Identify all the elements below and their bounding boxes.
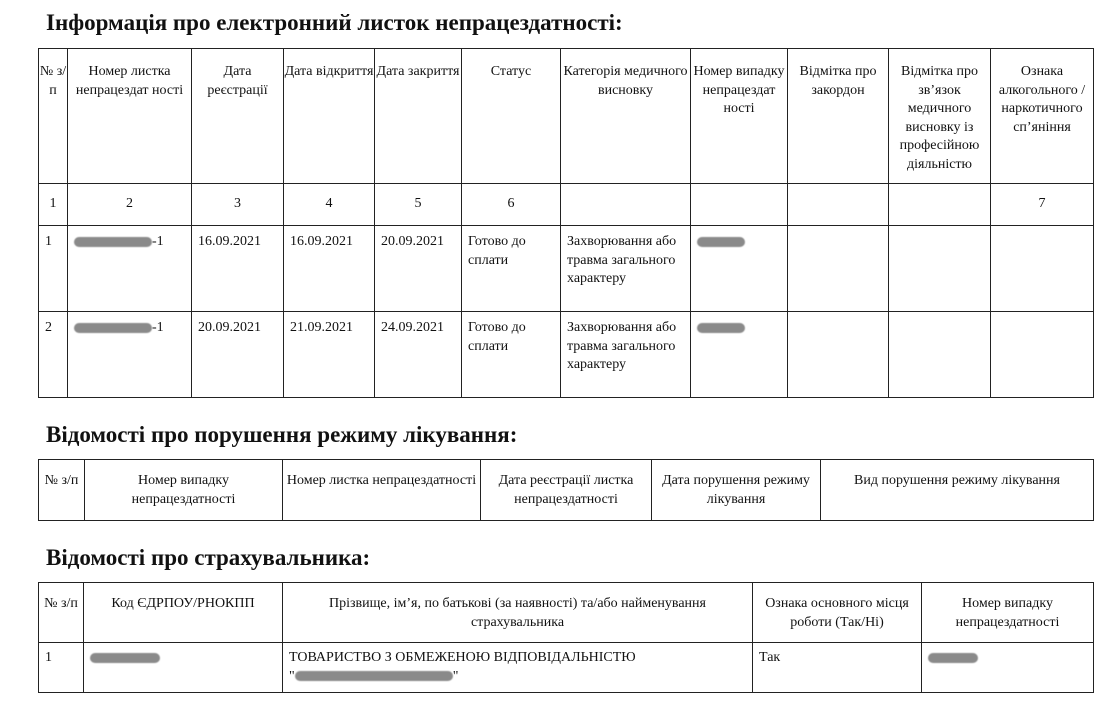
col-header-professional-link: Відмітка про зв’язок медичного висновку …: [889, 49, 991, 184]
col-header-abroad: Відмітка про закордон: [788, 49, 889, 184]
open-date: 21.09.2021: [284, 312, 375, 398]
col-header-case-number: Номер випадку непрацездат ності: [691, 49, 788, 184]
column-number: 1: [39, 184, 68, 226]
row-index: 1: [39, 643, 84, 693]
insurer-code: [84, 643, 283, 693]
col-header-status: Статус: [462, 49, 561, 184]
column-number: 7: [991, 184, 1094, 226]
redacted-case-number: [697, 323, 745, 333]
col-header-open-date: Дата відкриття: [284, 49, 375, 184]
col-header-close-date: Дата закриття: [375, 49, 462, 184]
redacted-case-number: [697, 237, 745, 247]
sheet-number-suffix: -1: [152, 234, 164, 249]
col-header-registration-date: Дата реєстрації: [192, 49, 284, 184]
insurer-section-title: Відомості про страхувальника:: [46, 545, 370, 571]
case-number: [691, 226, 788, 312]
col-header-violation-type: Вид порушення режиму лікування: [821, 460, 1094, 521]
professional-link-mark: [889, 312, 991, 398]
column-number: 4: [284, 184, 375, 226]
sheet-number: -1: [68, 226, 192, 312]
redacted-case-number: [928, 653, 978, 663]
main-workplace: Так: [753, 643, 922, 693]
col-header-index: № з/п: [39, 583, 84, 643]
column-number: 3: [192, 184, 284, 226]
open-date: 16.09.2021: [284, 226, 375, 312]
column-number: 5: [375, 184, 462, 226]
column-number: 2: [68, 184, 192, 226]
col-header-intoxication: Ознака алкогольного / наркотичного сп’ян…: [991, 49, 1094, 184]
col-header-sheet-registration-date: Дата реєстрації листка непрацездатності: [481, 460, 652, 521]
abroad-mark: [788, 226, 889, 312]
column-number: 6: [462, 184, 561, 226]
col-header-index: № з/п: [39, 460, 85, 521]
redacted-sheet-number: [74, 323, 152, 333]
close-date: 20.09.2021: [375, 226, 462, 312]
category: Захворювання або травма загального харак…: [561, 226, 691, 312]
col-header-sheet-number: Номер листка непрацездатності: [283, 460, 481, 521]
table-row: 1 ТОВАРИСТВО З ОБМЕЖЕНОЮ ВІДПОВІДАЛЬНІСТ…: [39, 643, 1094, 693]
status: Готово до сплати: [462, 226, 561, 312]
sheet-number-suffix: -1: [152, 320, 164, 335]
col-header-main-workplace: Ознака основного місця роботи (Так/Ні): [753, 583, 922, 643]
insurer-name-line1: ТОВАРИСТВО З ОБМЕЖЕНОЮ ВІДПОВІДАЛЬНІСТЮ: [289, 649, 752, 668]
table-row: 1 -1 16.09.2021 16.09.2021 20.09.2021 Го…: [39, 226, 1094, 312]
sick-leave-section-title: Інформація про електронний листок непрац…: [46, 10, 623, 36]
column-number: [788, 184, 889, 226]
column-number: [561, 184, 691, 226]
row-index: 1: [39, 226, 68, 312]
sick-leave-table: № з/п Номер листка непрацездат ності Дат…: [38, 48, 1094, 398]
intoxication-mark: [991, 226, 1094, 312]
abroad-mark: [788, 312, 889, 398]
table-row: 2 -1 20.09.2021 21.09.2021 24.09.2021 Го…: [39, 312, 1094, 398]
header-row: № з/п Код ЄДРПОУ/РНОКПП Прізвище, ім’я, …: [39, 583, 1094, 643]
header-row: № з/п Номер листка непрацездат ності Дат…: [39, 49, 1094, 184]
redacted-insurer-code: [90, 653, 160, 663]
row-index: 2: [39, 312, 68, 398]
column-number: [889, 184, 991, 226]
col-header-index: № з/п: [39, 49, 68, 184]
col-header-category: Категорія медичного висновку: [561, 49, 691, 184]
insurer-table: № з/п Код ЄДРПОУ/РНОКПП Прізвище, ім’я, …: [38, 582, 1094, 693]
column-number: [691, 184, 788, 226]
quote-open: ": [289, 669, 295, 684]
registration-date: 16.09.2021: [192, 226, 284, 312]
col-header-sheet-number: Номер листка непрацездат ності: [68, 49, 192, 184]
intoxication-mark: [991, 312, 1094, 398]
close-date: 24.09.2021: [375, 312, 462, 398]
col-header-case-number: Номер випадку непрацездатності: [85, 460, 283, 521]
case-number: [691, 312, 788, 398]
violations-table: № з/п Номер випадку непрацездатності Ном…: [38, 459, 1094, 521]
col-header-code: Код ЄДРПОУ/РНОКПП: [84, 583, 283, 643]
insurer-name: ТОВАРИСТВО З ОБМЕЖЕНОЮ ВІДПОВІДАЛЬНІСТЮ …: [283, 643, 753, 693]
category: Захворювання або травма загального харак…: [561, 312, 691, 398]
insurer-name-line2: "": [289, 668, 752, 687]
header-row: № з/п Номер випадку непрацездатності Ном…: [39, 460, 1094, 521]
registration-date: 20.09.2021: [192, 312, 284, 398]
violations-section-title: Відомості про порушення режиму лікування…: [46, 422, 517, 448]
col-header-insurer-name: Прізвище, ім’я, по батькові (за наявност…: [283, 583, 753, 643]
col-header-violation-date: Дата порушення режиму лікування: [652, 460, 821, 521]
sheet-number: -1: [68, 312, 192, 398]
col-header-case-number: Номер випадку непрацездатності: [922, 583, 1094, 643]
professional-link-mark: [889, 226, 991, 312]
case-number: [922, 643, 1094, 693]
quote-close: ": [453, 669, 459, 684]
status: Готово до сплати: [462, 312, 561, 398]
redacted-sheet-number: [74, 237, 152, 247]
column-numbers-row: 1 2 3 4 5 6 7: [39, 184, 1094, 226]
redacted-insurer-name: [295, 671, 453, 681]
